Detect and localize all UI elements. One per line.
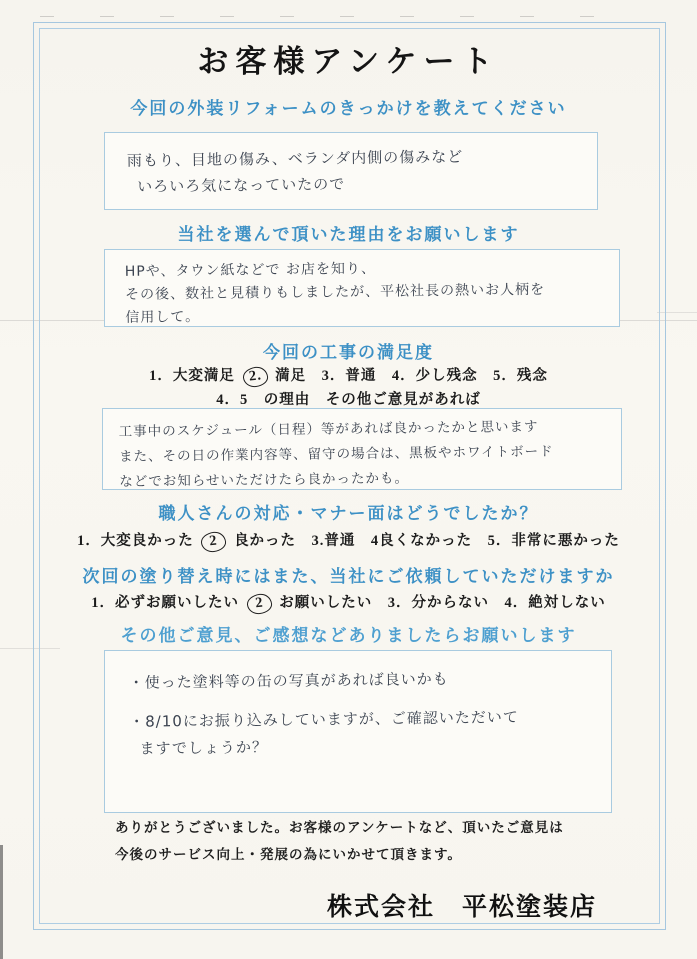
handwriting-line: ・使った塗料等の缶の写真があれば良いかも <box>129 664 605 697</box>
circled-answer-mark: 2 <box>246 593 273 616</box>
circled-answer-mark: 2 <box>200 531 227 554</box>
handwriting-line: ますでしょうか？ <box>129 730 605 763</box>
circled-answer-mark: 2. <box>242 366 269 389</box>
repeat-request-options: 1．必ずお願いしたい 2 お願いしたい 3．分からない 4．絶対しない <box>0 591 697 614</box>
option-text: 1．大変良かった <box>77 533 194 549</box>
option-text: 1．必ずお願いしたい <box>91 595 239 611</box>
question-2-heading: 当社を選んで頂いた理由をお願いします <box>0 220 697 245</box>
option-text: 1．大変満足 <box>149 368 235 384</box>
company-name: 株式会社 平松塗装店 <box>0 887 597 923</box>
handwritten-answer-4: ・使った塗料等の缶の写真があれば良いかも ・8/10にお振り込みしていますが、ご… <box>104 648 611 763</box>
option-text: 良かった 3.普通 4良くなかった 5．非常に悪かった <box>234 533 620 549</box>
question-3-heading: 今回の工事の満足度 <box>0 338 697 363</box>
form-title: お客様アンケート <box>0 36 697 81</box>
question-6-heading: その他ご意見、ご感想などありましたらお願いします <box>0 621 697 646</box>
answer-box-1: 雨もり、目地の傷み、ベランダ内側の傷みなど いろいろ気になっていたので <box>104 132 598 210</box>
handwriting-line: 信用して。 <box>125 301 615 330</box>
satisfaction-options: 1．大変満足 2. 満足 3．普通 4．少し残念 5．残念 <box>0 364 697 387</box>
answer-box-2: HPや、タウン紙などで お店を知り、 その後、数社と見積りもしましたが、平松社長… <box>104 249 620 327</box>
question-5-heading: 次回の塗り替え時にはまた、当社にご依頼していただけますか <box>0 562 697 587</box>
handwritten-answer-2: HPや、タウン紙などで お店を知り、 その後、数社と見積りもしましたが、平松社長… <box>105 247 620 330</box>
manner-options: 1．大変良かった 2 良かった 3.普通 4良くなかった 5．非常に悪かった <box>0 529 697 552</box>
handwritten-answer-3: 工事中のスケジュール（日程）等があれば良かったかと思います また、その日の作業内… <box>103 406 622 495</box>
option-text: 満足 3．普通 4．少し残念 5．残念 <box>275 368 548 384</box>
answer-box-4: ・使った塗料等の缶の写真があれば良いかも ・8/10にお振り込みしていますが、ご… <box>104 650 612 813</box>
scan-noise-top <box>40 16 640 17</box>
handwriting-line: いろいろ気になっていたので <box>127 168 591 200</box>
option-text: お願いしたい 3．分からない 4．絶対しない <box>279 595 606 611</box>
handwritten-answer-1: 雨もり、目地の傷み、ベランダ内側の傷みなど いろいろ気になっていたので <box>105 130 598 200</box>
question-4-heading: 職人さんの対応・マナー面はどうでしたか？ <box>0 499 697 524</box>
thank-you-note-line2: 今後のサービス向上・発展の為にいかせて頂きます。 <box>115 843 635 863</box>
answer-box-3: 工事中のスケジュール（日程）等があれば良かったかと思います また、その日の作業内… <box>102 408 622 490</box>
scanned-survey-page: お客様アンケート 今回の外装リフォームのきっかけを教えてください 雨もり、目地の… <box>0 0 697 959</box>
thank-you-note-line1: ありがとうございました。お客様のアンケートなど、頂いたご意見は <box>115 816 635 836</box>
question-1-heading: 今回の外装リフォームのきっかけを教えてください <box>0 94 697 119</box>
